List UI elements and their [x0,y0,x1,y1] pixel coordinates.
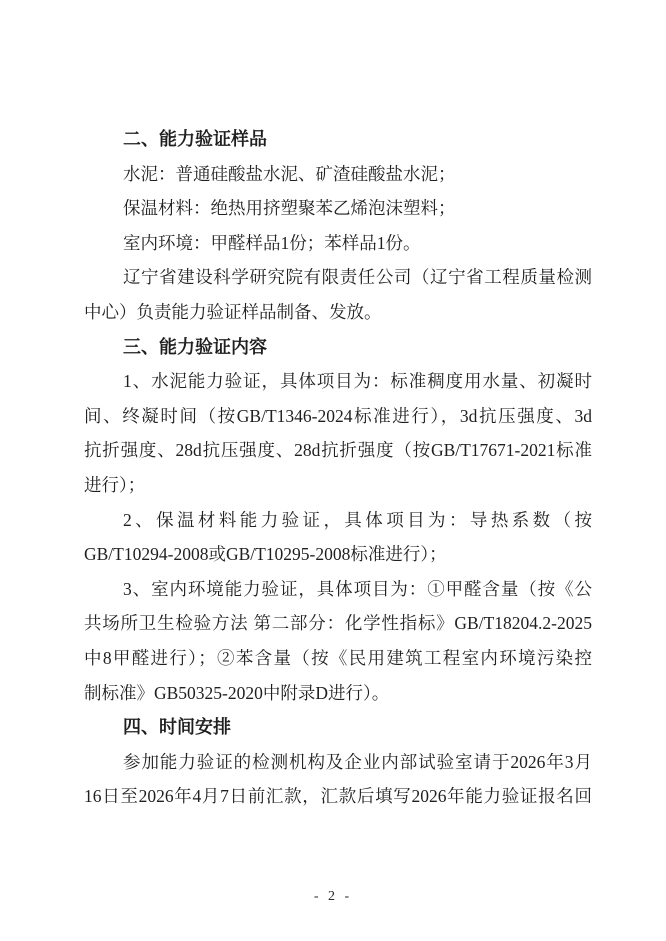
section-heading-samples: 二、能力验证样品 [84,122,592,157]
text-line: 参加能力验证的检测机构及企业内部试验室请于2026年3月 [84,745,592,780]
text-line: 辽宁省建设科学研究院有限责任公司（辽宁省工程质量检测 [84,260,592,295]
text-line: 室内环境：甲醛样品1份；苯样品1份。 [84,226,592,261]
text-line: 1、水泥能力验证，具体项目为：标准稠度用水量、初凝时 [84,364,592,399]
text-line: 2、保温材料能力验证，具体项目为：导热系数（按 [84,503,592,538]
text-line: 进行）； [84,468,592,503]
text-line: 16日至2026年4月7日前汇款，汇款后填写2026年能力验证报名回 [84,779,592,814]
text-line: 水泥：普通硅酸盐水泥、矿渣硅酸盐水泥； [84,157,592,192]
text-line: 中心）负责能力验证样品制备、发放。 [84,295,592,330]
document-page: 二、能力验证样品 水泥：普通硅酸盐水泥、矿渣硅酸盐水泥； 保温材料：绝热用挤塑聚… [0,0,666,941]
text-line: 制标准》GB50325-2020中附录D进行）。 [84,676,592,711]
document-body: 二、能力验证样品 水泥：普通硅酸盐水泥、矿渣硅酸盐水泥； 保温材料：绝热用挤塑聚… [84,122,592,814]
text-line: 间、终凝时间（按GB/T1346-2024标准进行），3d抗压强度、3d [84,399,592,434]
text-line: 抗折强度、28d抗压强度、28d抗折强度（按GB/T17671-2021标准 [84,433,592,468]
section-heading-schedule: 四、时间安排 [84,710,592,745]
text-line: 中8甲醛进行）；②苯含量（按《民用建筑工程室内环境污染控 [84,641,592,676]
text-line: 3、室内环境能力验证，具体项目为：①甲醛含量（按《公 [84,572,592,607]
page-number: - 2 - [0,889,666,905]
section-heading-content: 三、能力验证内容 [84,330,592,365]
text-line: 共场所卫生检验方法 第二部分：化学性指标》GB/T18204.2-2025 [84,606,592,641]
text-line: 保温材料：绝热用挤塑聚苯乙烯泡沫塑料； [84,191,592,226]
text-line: GB/T10294-2008或GB/T10295-2008标准进行）； [84,537,592,572]
